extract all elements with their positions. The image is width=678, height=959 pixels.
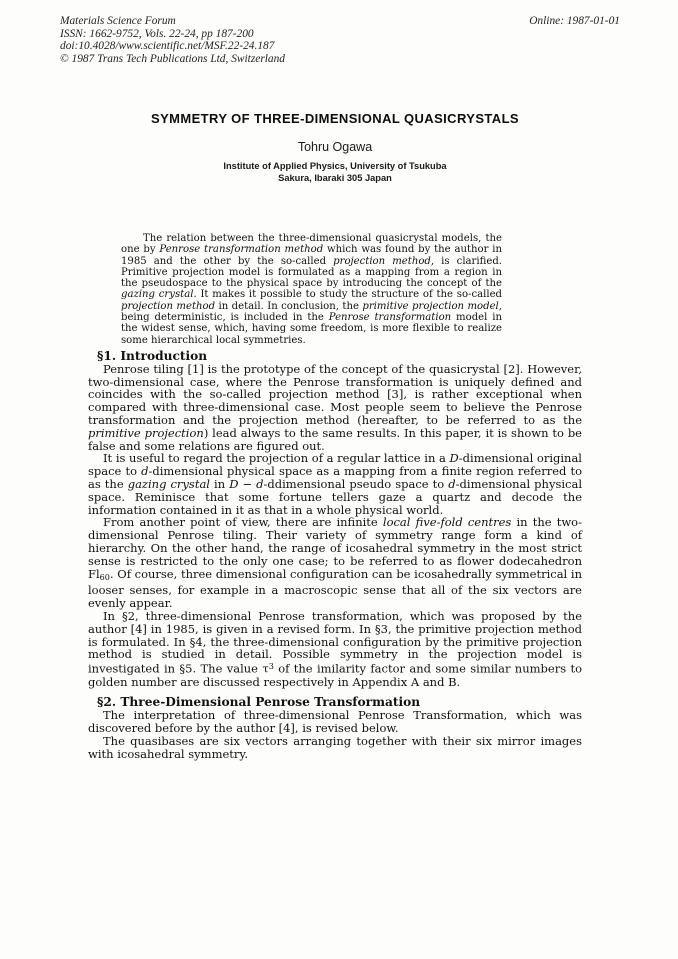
journal-header-left: Materials Science Forum ISSN: 1662-9752,… [60, 15, 285, 65]
author-affiliation: Institute of Applied Physics, University… [88, 161, 582, 184]
journal-title: Materials Science Forum [60, 15, 285, 28]
section-1-heading: §1. Introduction [88, 350, 582, 363]
paper-body: §1. Introduction Penrose tiling [1] is t… [88, 350, 582, 760]
journal-header: Materials Science Forum ISSN: 1662-9752,… [60, 15, 620, 65]
section-2-paragraph-2: The quasibases are six vectors arranging… [88, 735, 582, 761]
section-2-paragraph-1: The interpretation of three-dimensional … [88, 709, 582, 735]
affiliation-line-1: Institute of Applied Physics, University… [88, 161, 582, 173]
section-1-paragraph-1: Penrose tiling [1] is the prototype of t… [88, 363, 582, 453]
affiliation-line-2: Sakura, Ibaraki 305 Japan [88, 173, 582, 185]
doi-line: doi:10.4028/www.scientific.net/MSF.22-24… [60, 40, 285, 53]
section-1-paragraph-3: From another point of view, there are in… [88, 516, 582, 610]
section-1-paragraph-4: In §2, three-dimensional Penrose transfo… [88, 610, 582, 688]
paper-title: SYMMETRY OF THREE-DIMENSIONAL QUASICRYST… [88, 111, 582, 126]
paper-page: Materials Science Forum ISSN: 1662-9752,… [0, 0, 678, 959]
issn-line: ISSN: 1662-9752, Vols. 22-24, pp 187-200 [60, 28, 285, 41]
online-date: Online: 1987-01-01 [529, 15, 620, 28]
section-1-paragraph-2: It is useful to regard the projection of… [88, 452, 582, 516]
copyright-line: © 1987 Trans Tech Publications Ltd, Swit… [60, 53, 285, 66]
author-name: Tohru Ogawa [88, 140, 582, 154]
abstract: The relation between the three-dimension… [121, 233, 502, 346]
title-block: SYMMETRY OF THREE-DIMENSIONAL QUASICRYST… [88, 111, 582, 184]
